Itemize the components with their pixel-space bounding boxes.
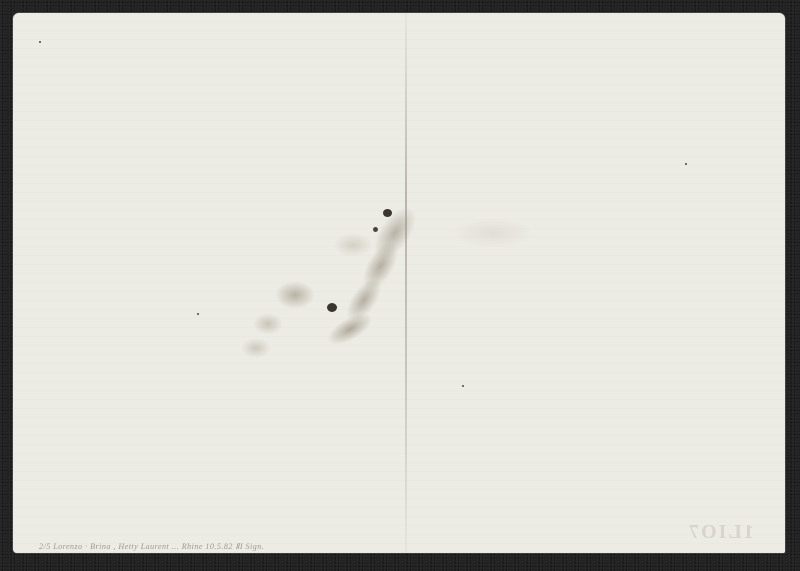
paper-sheet: 2/5 Lorenzo · Brina , Hetty Laurent ... … xyxy=(13,13,785,553)
handwritten-caption: 2/5 Lorenzo · Brina , Hetty Laurent ... … xyxy=(39,542,419,551)
center-fold-line xyxy=(405,13,407,553)
inventory-stamp: 1LIO7 xyxy=(687,521,754,544)
